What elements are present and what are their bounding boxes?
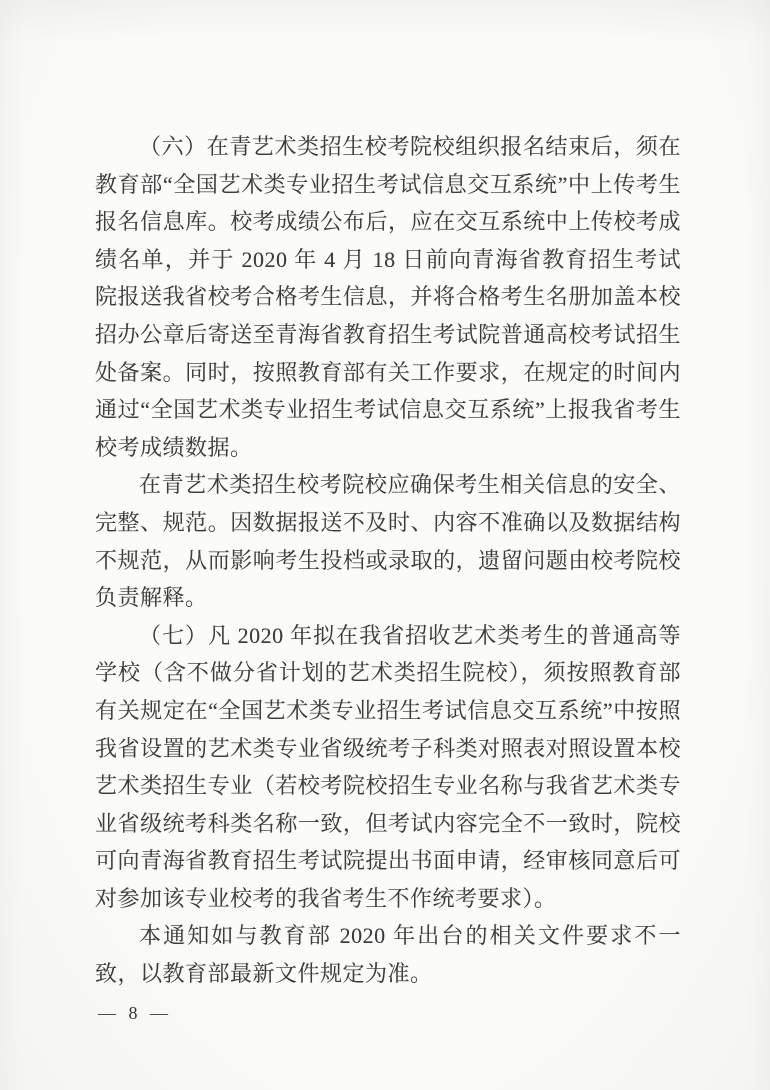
paragraph-4: 本通知如与教育部 2020 年出台的相关文件要求不一致，以教育部最新文件规定为准… bbox=[95, 917, 681, 992]
page-number: — 8 — bbox=[98, 1003, 172, 1024]
paragraph-2: 在青艺术类招生校考院校应确保考生相关信息的安全、完整、规范。因数据报送不及时、内… bbox=[95, 466, 681, 616]
document-text-block: （六）在青艺术类招生校考院校组织报名结束后，须在教育部“全国艺术类专业招生考试信… bbox=[95, 128, 681, 993]
paragraph-3: （七）凡 2020 年拟在我省招收艺术类考生的普通高等学校（含不做分省计划的艺术… bbox=[95, 617, 681, 918]
paragraph-1: （六）在青艺术类招生校考院校组织报名结束后，须在教育部“全国艺术类专业招生考试信… bbox=[95, 128, 681, 466]
